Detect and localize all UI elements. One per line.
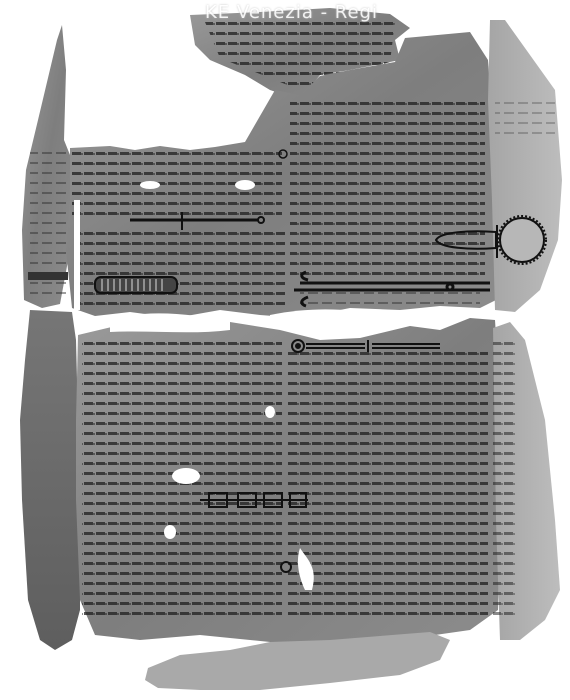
watermark-text: KE Venezia - Regi [205,2,378,23]
tear-hole [235,180,255,190]
quiver-drawing [95,277,177,293]
fragment-lower-left-strip [20,310,80,650]
middle-tear [270,309,400,328]
middle-tear [110,313,230,332]
tear-hole [164,525,176,539]
tear-hole [265,406,275,418]
margin-band-drawing [28,272,68,280]
vertical-tear [74,200,80,310]
tear-hole [172,468,200,484]
manuscript-fragments [0,0,570,700]
fragment-upper-right-wing [488,20,562,312]
tear-hole [140,181,160,189]
